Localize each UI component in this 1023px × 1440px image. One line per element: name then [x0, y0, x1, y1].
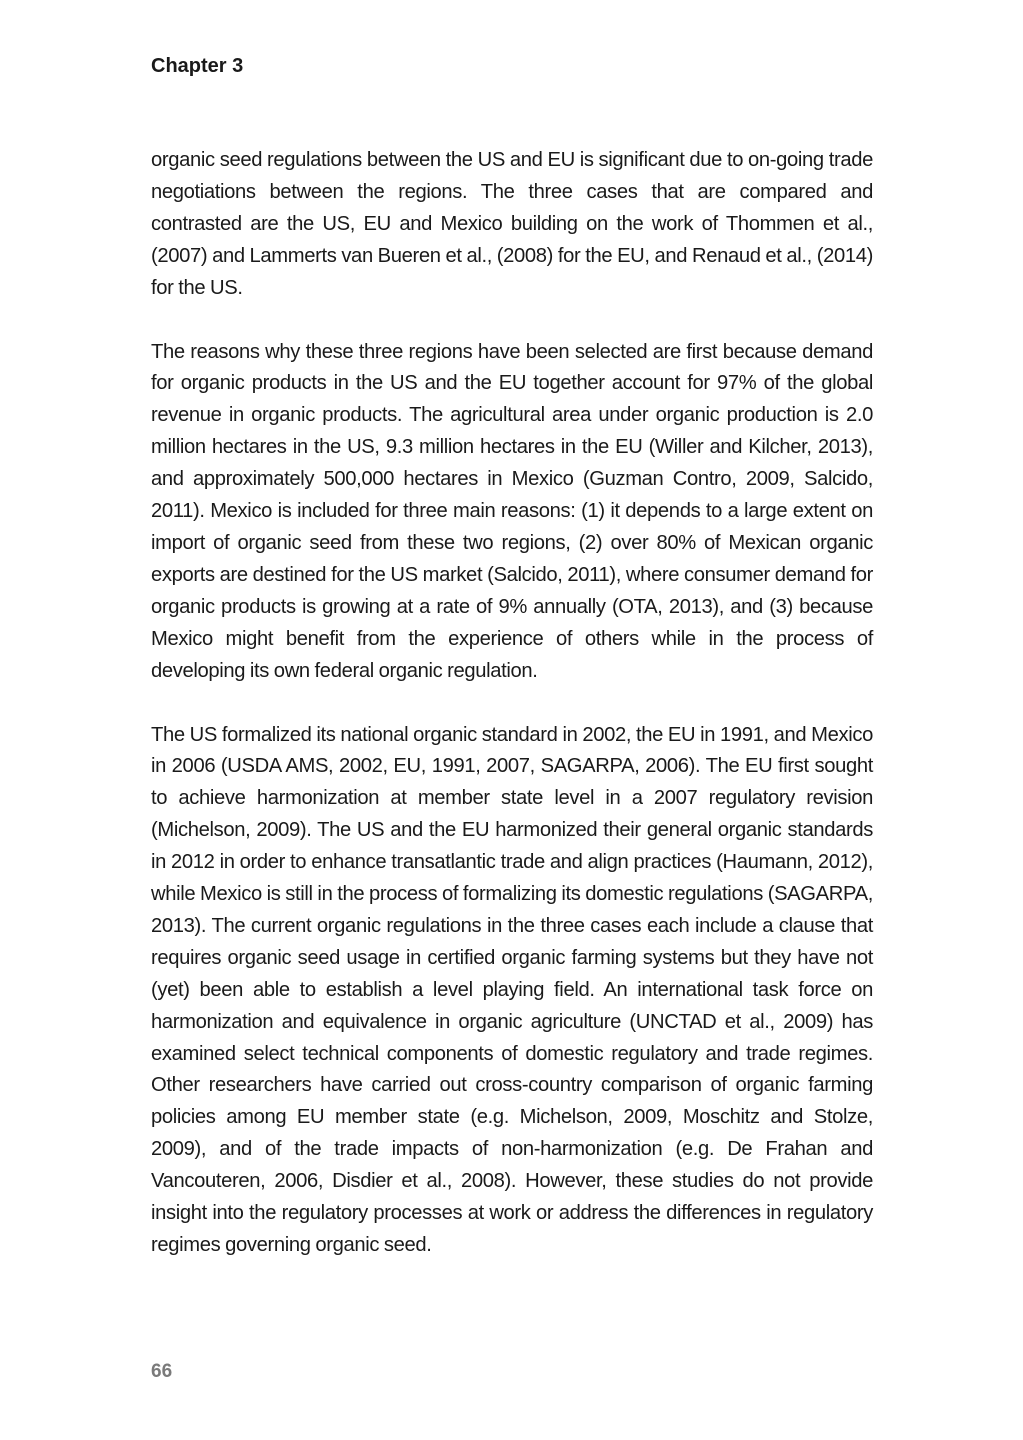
- paragraph-1: organic seed regulations between the US …: [151, 145, 873, 305]
- running-head-chapter: Chapter 3: [151, 55, 243, 78]
- page-number: 66: [151, 1361, 172, 1383]
- body-text: organic seed regulations between the US …: [151, 145, 873, 1262]
- paragraph-3: The US formalized its national organic s…: [151, 720, 873, 1262]
- paragraph-2: The reasons why these three regions have…: [151, 337, 873, 688]
